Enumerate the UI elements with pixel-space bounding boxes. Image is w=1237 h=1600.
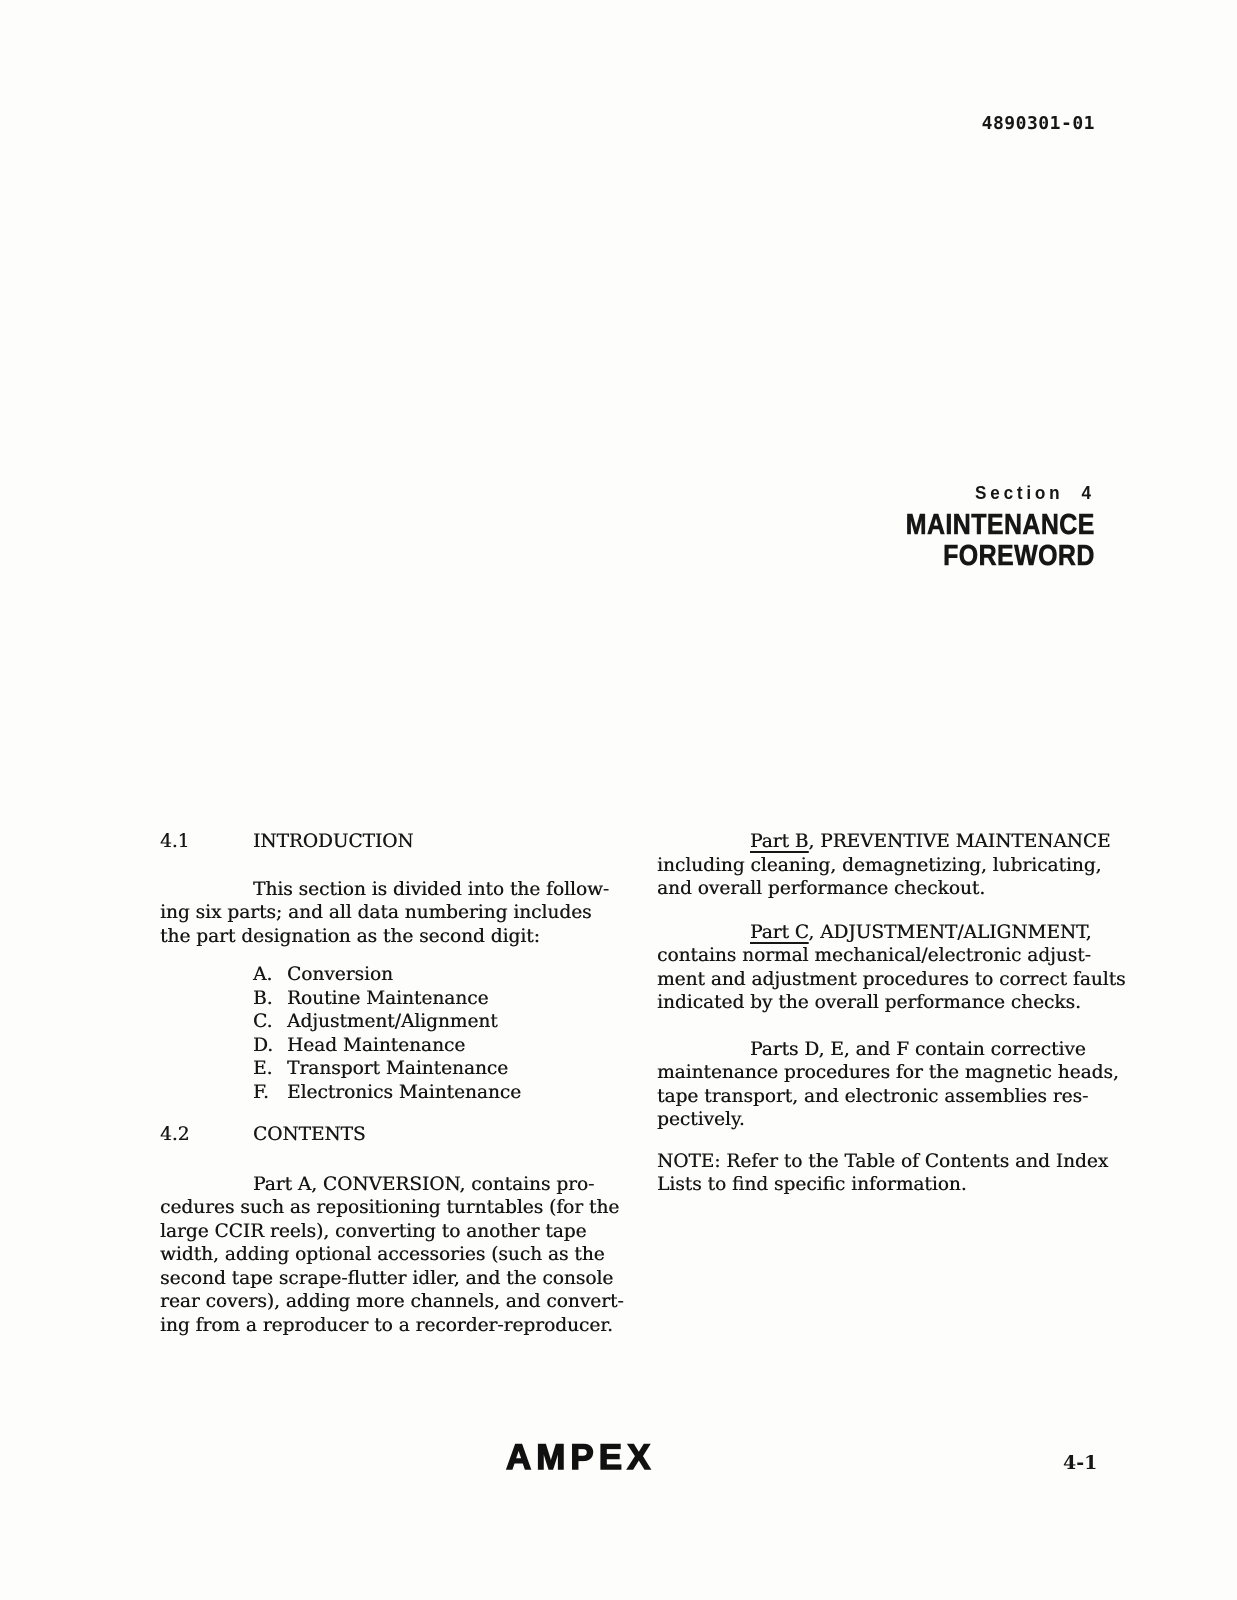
list-item-label: Transport Maintenance	[287, 1058, 508, 1079]
list-item: B.Routine Maintenance	[253, 987, 625, 1011]
list-item-letter: E.	[253, 1057, 287, 1081]
list-item: F.Electronics Maintenance	[253, 1081, 625, 1105]
part-c-paragraph: Part C, ADJUSTMENT/ALIGNMENT, contains n…	[657, 921, 1117, 1015]
heading-4-1: 4.1INTRODUCTION	[160, 830, 625, 854]
parts-def-paragraph: Parts D, E, and F contain corrective mai…	[657, 1038, 1117, 1132]
heading-4-1-number: 4.1	[160, 830, 253, 854]
part-b-label: Part B	[750, 831, 808, 852]
note-paragraph: NOTE: Refer to the Table of Contents and…	[657, 1150, 1117, 1197]
list-item: C.Adjustment/Alignment	[253, 1010, 625, 1034]
list-item-letter: D.	[253, 1034, 287, 1058]
list-item: D.Head Maintenance	[253, 1034, 625, 1058]
heading-4-2: 4.2CONTENTS	[160, 1123, 625, 1147]
part-c-label: Part C	[750, 922, 808, 943]
section-header: Section 4 MAINTENANCE FOREWORD	[875, 483, 1095, 572]
page-number: 4-1	[1063, 1452, 1097, 1476]
section-label: Section 4	[886, 483, 1095, 503]
list-item-letter: C.	[253, 1010, 287, 1034]
list-item-label: Conversion	[287, 964, 393, 985]
section-title: MAINTENANCE	[906, 510, 1095, 541]
ampex-logo: AMPEX	[506, 1446, 655, 1470]
heading-4-1-title: INTRODUCTION	[253, 831, 414, 852]
list-item: E.Transport Maintenance	[253, 1057, 625, 1081]
list-item: A.Conversion	[253, 963, 625, 987]
list-item-label: Routine Maintenance	[287, 988, 488, 1009]
heading-4-2-number: 4.2	[160, 1123, 253, 1147]
introduction-paragraph: This section is divided into the follow-…	[160, 878, 625, 949]
part-c-text: , ADJUSTMENT/ALIGNMENT, contains normal …	[657, 922, 1126, 1014]
heading-4-2-title: CONTENTS	[253, 1124, 366, 1145]
manual-page: 4890301-01 Section 4 MAINTENANCE FOREWOR…	[0, 0, 1237, 1600]
part-b-paragraph: Part B, PREVENTIVE MAINTENANCE including…	[657, 830, 1117, 901]
list-item-label: Adjustment/Alignment	[287, 1011, 498, 1032]
left-column: 4.1INTRODUCTION This section is divided …	[160, 830, 625, 1337]
document-number: 4890301-01	[982, 112, 1095, 136]
list-item-letter: A.	[253, 963, 287, 987]
list-item-label: Electronics Maintenance	[287, 1082, 521, 1103]
right-column: Part B, PREVENTIVE MAINTENANCE including…	[657, 830, 1117, 1197]
section-subtitle: FOREWORD	[906, 541, 1095, 572]
conversion-paragraph: Part A, CONVERSION, contains pro- cedure…	[160, 1173, 625, 1338]
part-b-text: , PREVENTIVE MAINTENANCE including clean…	[657, 831, 1111, 899]
parts-list: A.Conversion B.Routine Maintenance C.Adj…	[253, 963, 625, 1104]
list-item-label: Head Maintenance	[287, 1035, 465, 1056]
list-item-letter: F.	[253, 1081, 287, 1105]
list-item-letter: B.	[253, 987, 287, 1011]
